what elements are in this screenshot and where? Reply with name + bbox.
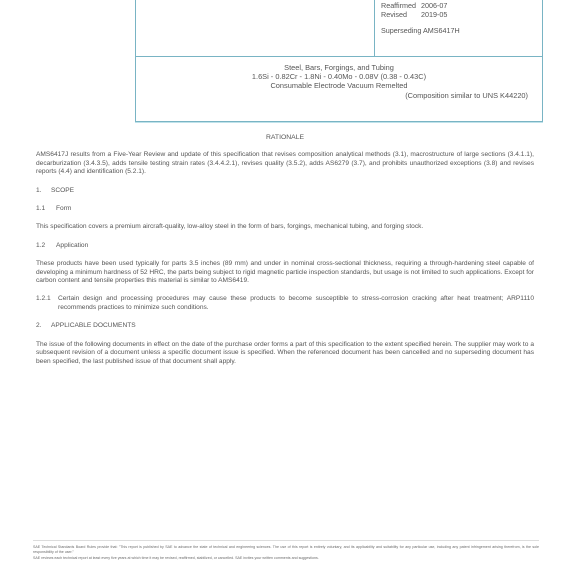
section-number: 1.2.1 <box>36 295 58 312</box>
section-title: APPLICABLE DOCUMENTS <box>51 322 136 329</box>
application-text: These products have been used typically … <box>36 260 534 285</box>
title-line-1: Steel, Bars, Forgings, and Tubing <box>136 63 542 72</box>
form-text: This specification covers a premium airc… <box>36 223 534 231</box>
section-scope-heading: 1.SCOPE <box>36 187 534 195</box>
rationale-heading: RATIONALE <box>36 134 534 142</box>
document-body: RATIONALE AMS6417J results from a Five-Y… <box>36 134 534 376</box>
composition-note: (Composition similar to UNS K44220) <box>405 91 528 100</box>
revised-label: Revised <box>381 11 421 20</box>
section-applicable-heading: 2.APPLICABLE DOCUMENTS <box>36 322 534 330</box>
section-title: SCOPE <box>51 187 74 194</box>
footer-divider <box>33 540 539 541</box>
section-title: Form <box>56 205 71 212</box>
applicable-text: The issue of the following documents in … <box>36 341 534 366</box>
section-form-heading: 1.1Form <box>36 205 534 213</box>
cropped-header-text <box>35 0 105 5</box>
title-line-2: 1.6Si - 0.82Cr - 1.8Ni - 0.40Mo - 0.08V … <box>136 72 542 81</box>
superseding-note: Superseding AMS6417H <box>381 27 460 36</box>
section-number: 1. <box>36 187 51 195</box>
section-number: 1.2 <box>36 242 56 250</box>
footer-line-1: SAE Technical Standards Board Rules prov… <box>33 545 539 554</box>
revised-row: Revised 2019-05 <box>381 11 460 20</box>
rationale-text: AMS6417J results from a Five-Year Review… <box>36 151 534 176</box>
header-vertical-divider <box>374 0 375 56</box>
footer-line-2: SAE reviews each technical report at lea… <box>33 556 539 561</box>
title-line-3: Consumable Electrode Vacuum Remelted <box>136 81 542 90</box>
document-header-box: Reaffirmed 2006-07 Revised 2019-05 Super… <box>135 0 543 122</box>
caution-item: 1.2.1 Certain design and processing proc… <box>36 295 534 312</box>
footer-notice: SAE Technical Standards Board Rules prov… <box>33 545 539 563</box>
section-number: 2. <box>36 322 51 330</box>
document-title: Steel, Bars, Forgings, and Tubing 1.6Si … <box>136 63 542 91</box>
header-top-section <box>136 0 542 57</box>
section-application-heading: 1.2Application <box>36 242 534 250</box>
caution-text: Certain design and processing procedures… <box>58 295 534 312</box>
revised-date: 2019-05 <box>421 11 447 20</box>
section-number: 1.1 <box>36 205 56 213</box>
revision-info: Reaffirmed 2006-07 Revised 2019-05 Super… <box>381 2 460 36</box>
section-title: Application <box>56 242 88 249</box>
